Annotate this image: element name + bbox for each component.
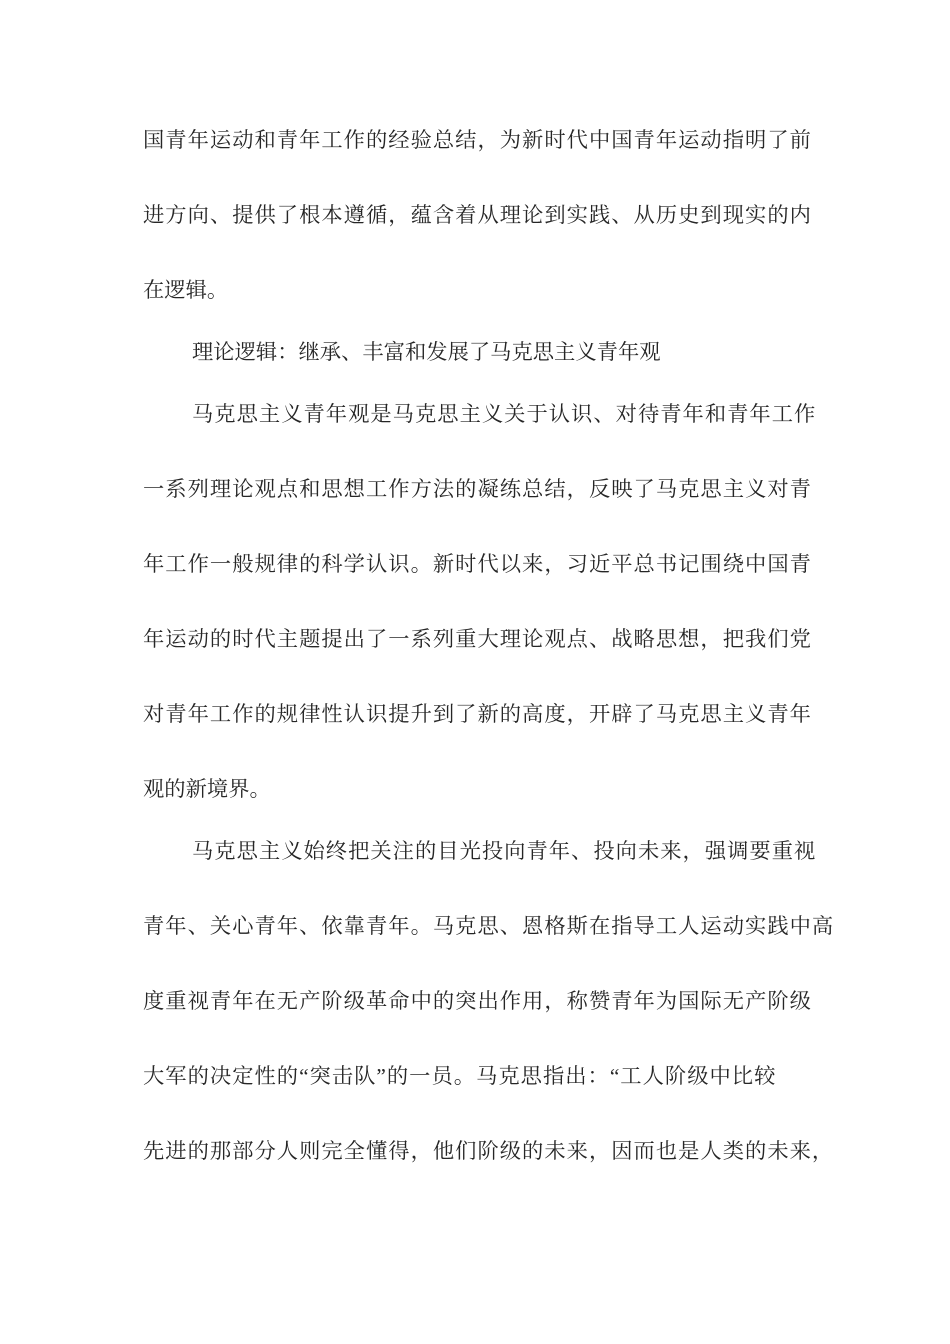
paragraph: 马克思主义青年观是马克思主义关于认识、对待青年和青年工作一系列理论观点和思想工作…: [143, 377, 820, 827]
text-line: 马克思主义青年观是马克思主义关于认识、对待青年和青年工作: [143, 377, 820, 452]
text-line: 年工作一般规律的科学认识。新时代以来，习近平总书记围绕中国青: [143, 527, 820, 602]
text-line: 大军的决定性的“突击队”的一员。马克思指出：“工人阶级中比较: [143, 1039, 820, 1114]
document-page: 国青年运动和青年工作的经验总结，为新时代中国青年运动指明了前进方向、提供了根本遵…: [0, 0, 950, 1344]
text-line: 一系列理论观点和思想工作方法的凝练总结，反映了马克思主义对青: [143, 452, 820, 527]
text-line: 年运动的时代主题提出了一系列重大理论观点、战略思想，把我们党: [143, 602, 820, 677]
text-line: 先进的那部分人则完全懂得，他们阶级的未来，因而也是人类的未来，: [143, 1114, 820, 1189]
paragraph: 国青年运动和青年工作的经验总结，为新时代中国青年运动指明了前进方向、提供了根本遵…: [143, 103, 820, 328]
text-line: 进方向、提供了根本遵循，蕴含着从理论到实践、从历史到现实的内: [143, 178, 820, 253]
document-text-column: 国青年运动和青年工作的经验总结，为新时代中国青年运动指明了前进方向、提供了根本遵…: [0, 0, 950, 1189]
text-line: 度重视青年在无产阶级革命中的突出作用，称赞青年为国际无产阶级: [143, 964, 820, 1039]
text-line: 马克思主义始终把关注的目光投向青年、投向未来，强调要重视: [143, 814, 820, 889]
text-line: 对青年工作的规律性认识提升到了新的高度，开辟了马克思主义青年: [143, 677, 820, 752]
paragraph: 马克思主义始终把关注的目光投向青年、投向未来，强调要重视青年、关心青年、依靠青年…: [143, 814, 820, 1189]
text-line: 青年、关心青年、依靠青年。马克思、恩格斯在指导工人运动实践中高: [143, 889, 820, 964]
text-line: 国青年运动和青年工作的经验总结，为新时代中国青年运动指明了前: [143, 103, 820, 178]
